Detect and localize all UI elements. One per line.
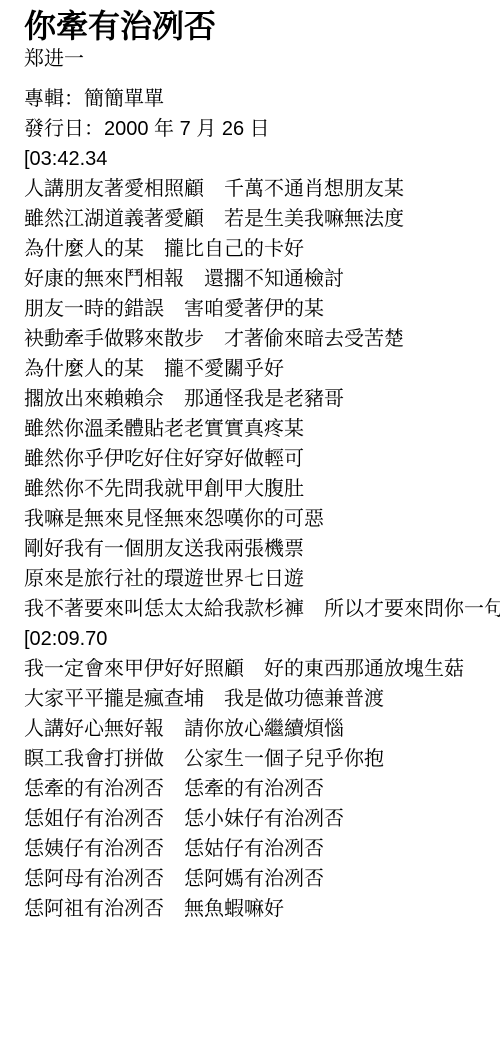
lyric-line: 為什麼人的某 攏不愛關乎好 (24, 354, 500, 384)
lyric-line: 我不著要來叫恁太太給我款杉褲 所以才要來問你一句 (24, 594, 500, 624)
lyric-line: 恁牽的有治冽否 恁牽的有治冽否 (24, 774, 500, 804)
album-info: 專輯：簡簡單單 (24, 84, 500, 114)
lyric-line: 雖然你不先問我就甲創甲大腹肚 (24, 474, 500, 504)
lyrics-section-1: 人講朋友著愛相照顧 千萬不通肖想朋友某雖然江湖道義著愛顧 若是生美我嘛無法度為什… (24, 174, 500, 624)
lyric-line: 大家平平攏是瘋查埔 我是做功德兼普渡 (24, 684, 500, 714)
lyric-line: 好康的無來鬥相報 還擱不知通檢討 (24, 264, 500, 294)
release-date: 發行日：2000 年 7 月 26 日 (24, 114, 500, 144)
lyric-line: 恁阿祖有治冽否 無魚蝦嘛好 (24, 894, 500, 924)
lyric-line: 原來是旅行社的環遊世界七日遊 (24, 564, 500, 594)
lyrics-section-2: 我一定會來甲伊好好照顧 好的東西那通放塊生菇大家平平攏是瘋查埔 我是做功德兼普渡… (24, 654, 500, 924)
lyric-line: 恁姐仔有治冽否 恁小妹仔有治冽否 (24, 804, 500, 834)
lyric-line: 瞑工我會打拼做 公家生一個子兒乎你抱 (24, 744, 500, 774)
song-meta: 專輯：簡簡單單 發行日：2000 年 7 月 26 日 [03:42.34 (24, 84, 500, 174)
lyric-line: 我嘛是無來見怪無來怨嘆你的可惡 (24, 504, 500, 534)
lyric-line: 恁阿母有治冽否 恁阿媽有治冽否 (24, 864, 500, 894)
lyric-line: 雖然江湖道義著愛顧 若是生美我嘛無法度 (24, 204, 500, 234)
lyric-line: 雖然你乎伊吃好住好穿好做輕可 (24, 444, 500, 474)
lyric-line: 人講朋友著愛相照顧 千萬不通肖想朋友某 (24, 174, 500, 204)
timestamp-marker: [03:42.34 (24, 144, 500, 174)
lyric-line: 朋友一時的錯誤 害咱愛著伊的某 (24, 294, 500, 324)
lyric-line: 為什麼人的某 攏比自己的卡好 (24, 234, 500, 264)
lyric-line: 剛好我有一個朋友送我兩張機票 (24, 534, 500, 564)
lyric-line: 我一定會來甲伊好好照顧 好的東西那通放塊生菇 (24, 654, 500, 684)
lyric-line: 擱放出來賴賴佘 那通怪我是老豬哥 (24, 384, 500, 414)
lyric-line: 雖然你溫柔體貼老老實實真疼某 (24, 414, 500, 444)
artist-name: 郑进一 (24, 46, 500, 72)
page-title: 你牽有治冽否 (24, 6, 500, 46)
lyric-line: 恁姨仔有治冽否 恁姑仔有治冽否 (24, 834, 500, 864)
lyrics-page: 你牽有治冽否 郑进一 專輯：簡簡單單 發行日：2000 年 7 月 26 日 [… (0, 0, 500, 1060)
lyric-line: 人講好心無好報 請你放心繼續煩惱 (24, 714, 500, 744)
timestamp-marker: [02:09.70 (24, 624, 500, 654)
lyric-line: 袂動牽手做夥來散步 才著偷來暗去受苦楚 (24, 324, 500, 354)
